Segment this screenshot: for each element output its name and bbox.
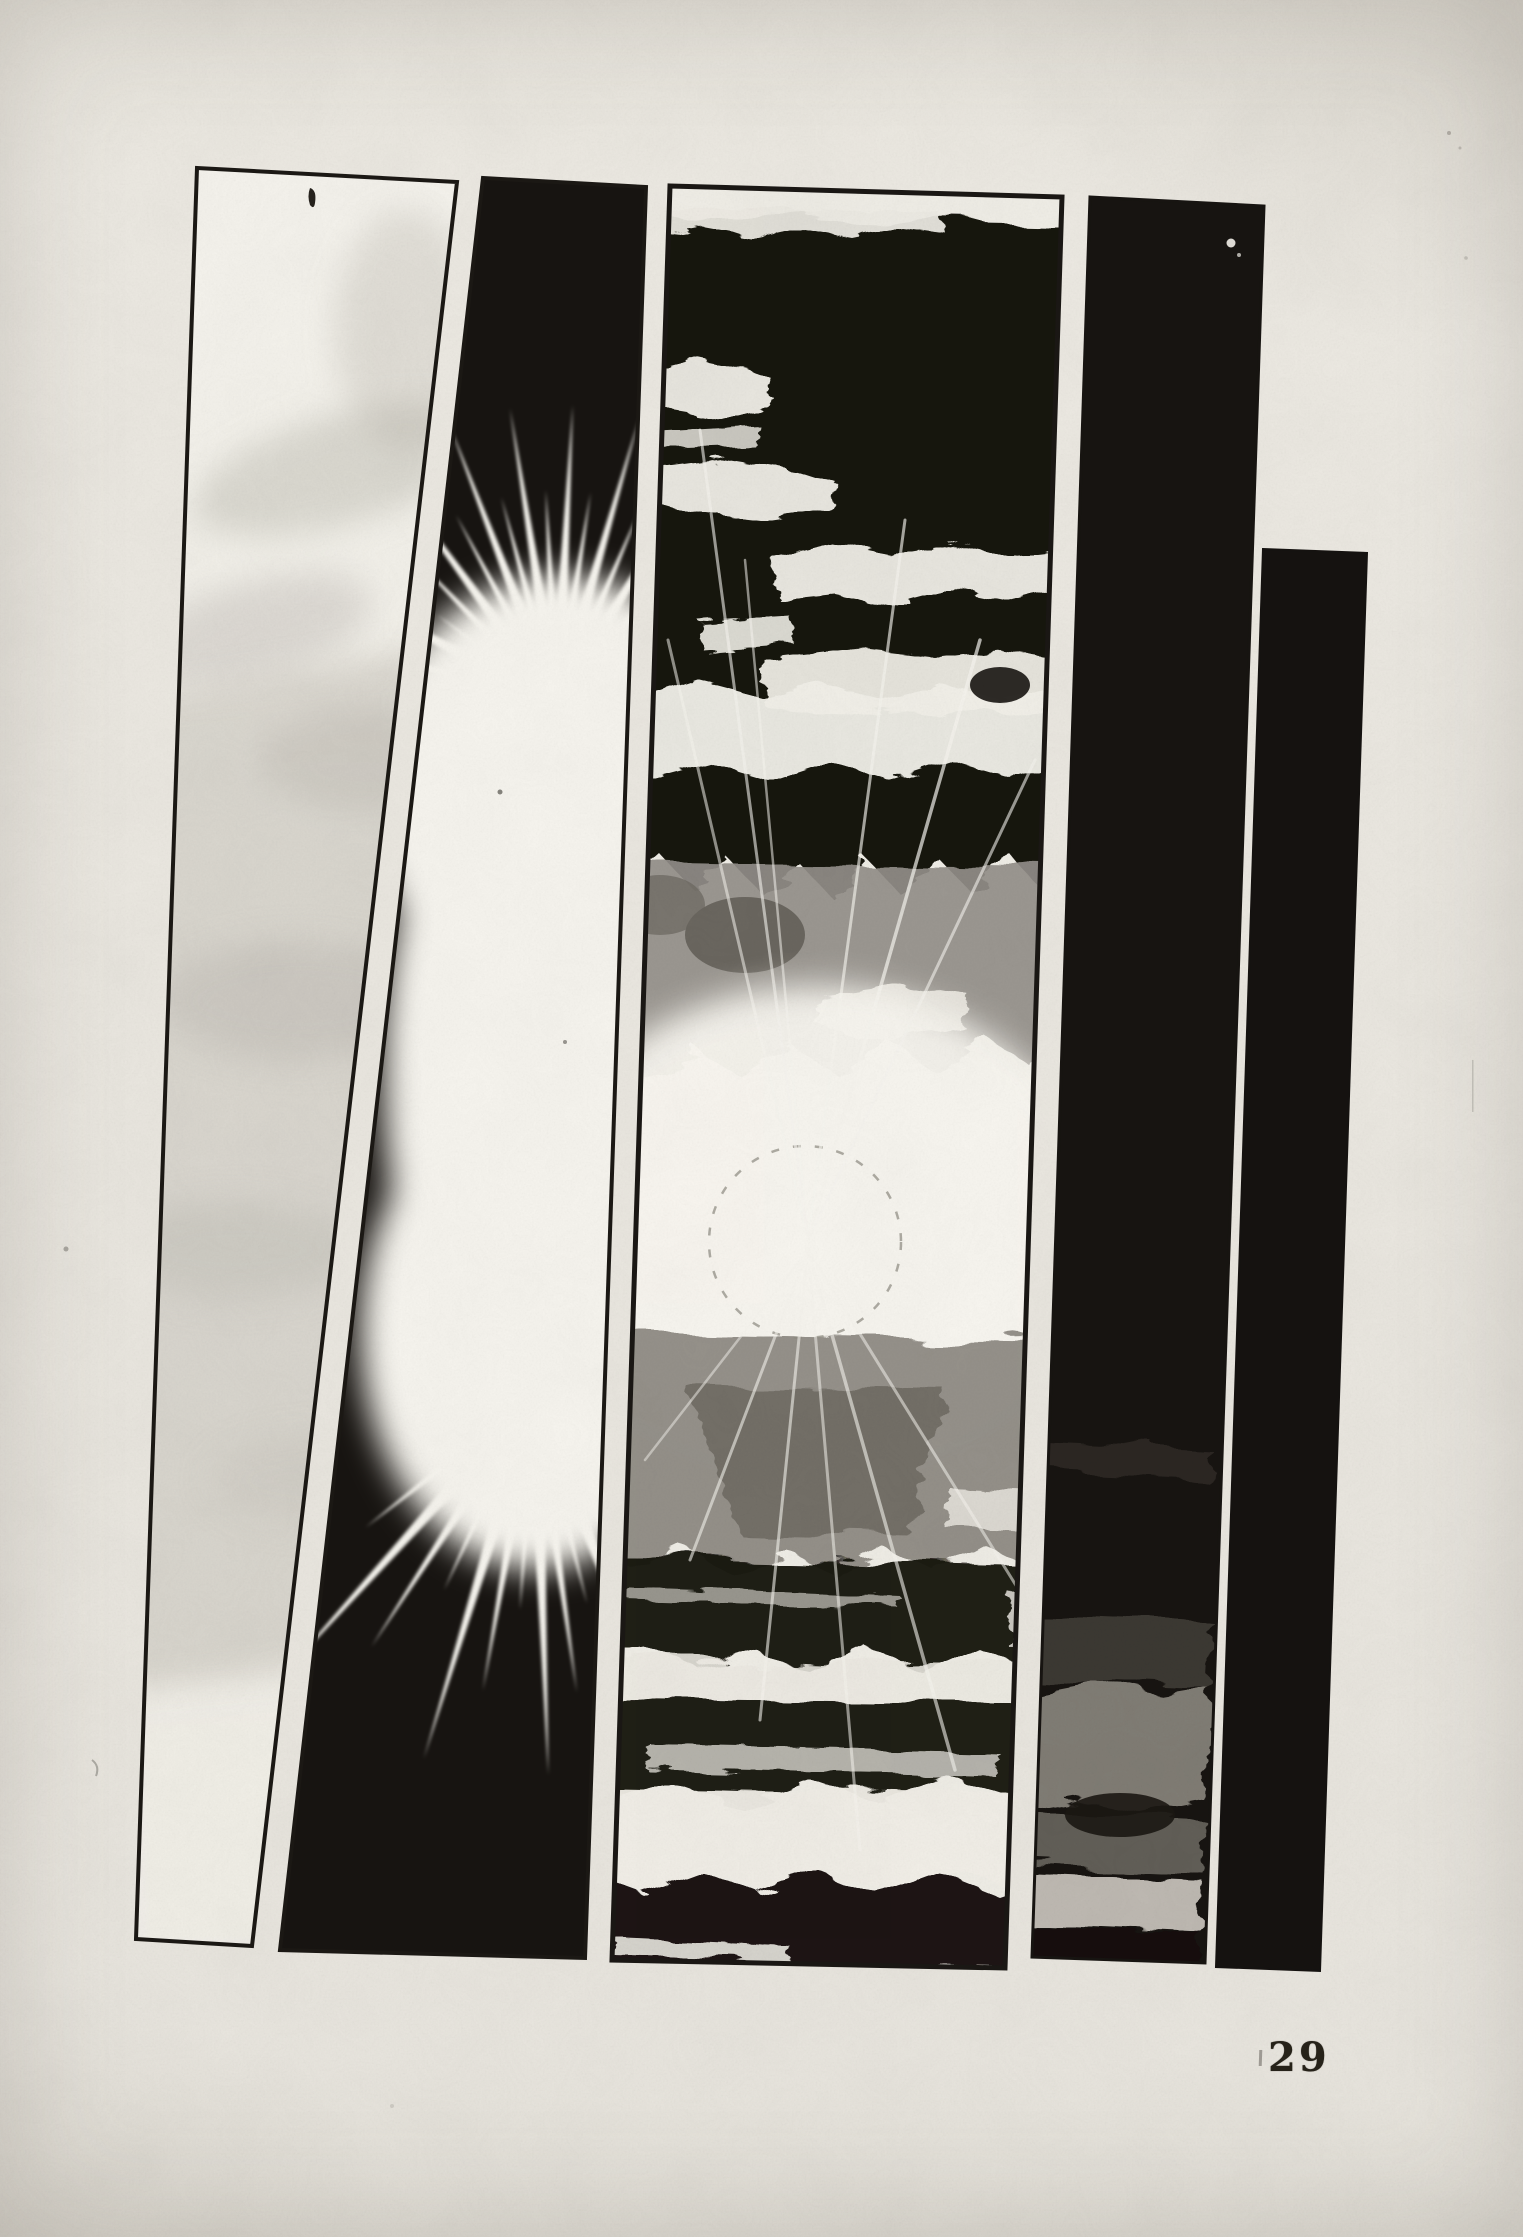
paper-grain	[0, 0, 1523, 2237]
page-artwork	[0, 0, 1523, 2237]
manga-page: 29	[0, 0, 1523, 2237]
ink-speck	[1259, 2050, 1263, 2066]
page-number: 29	[1268, 2038, 1330, 2078]
